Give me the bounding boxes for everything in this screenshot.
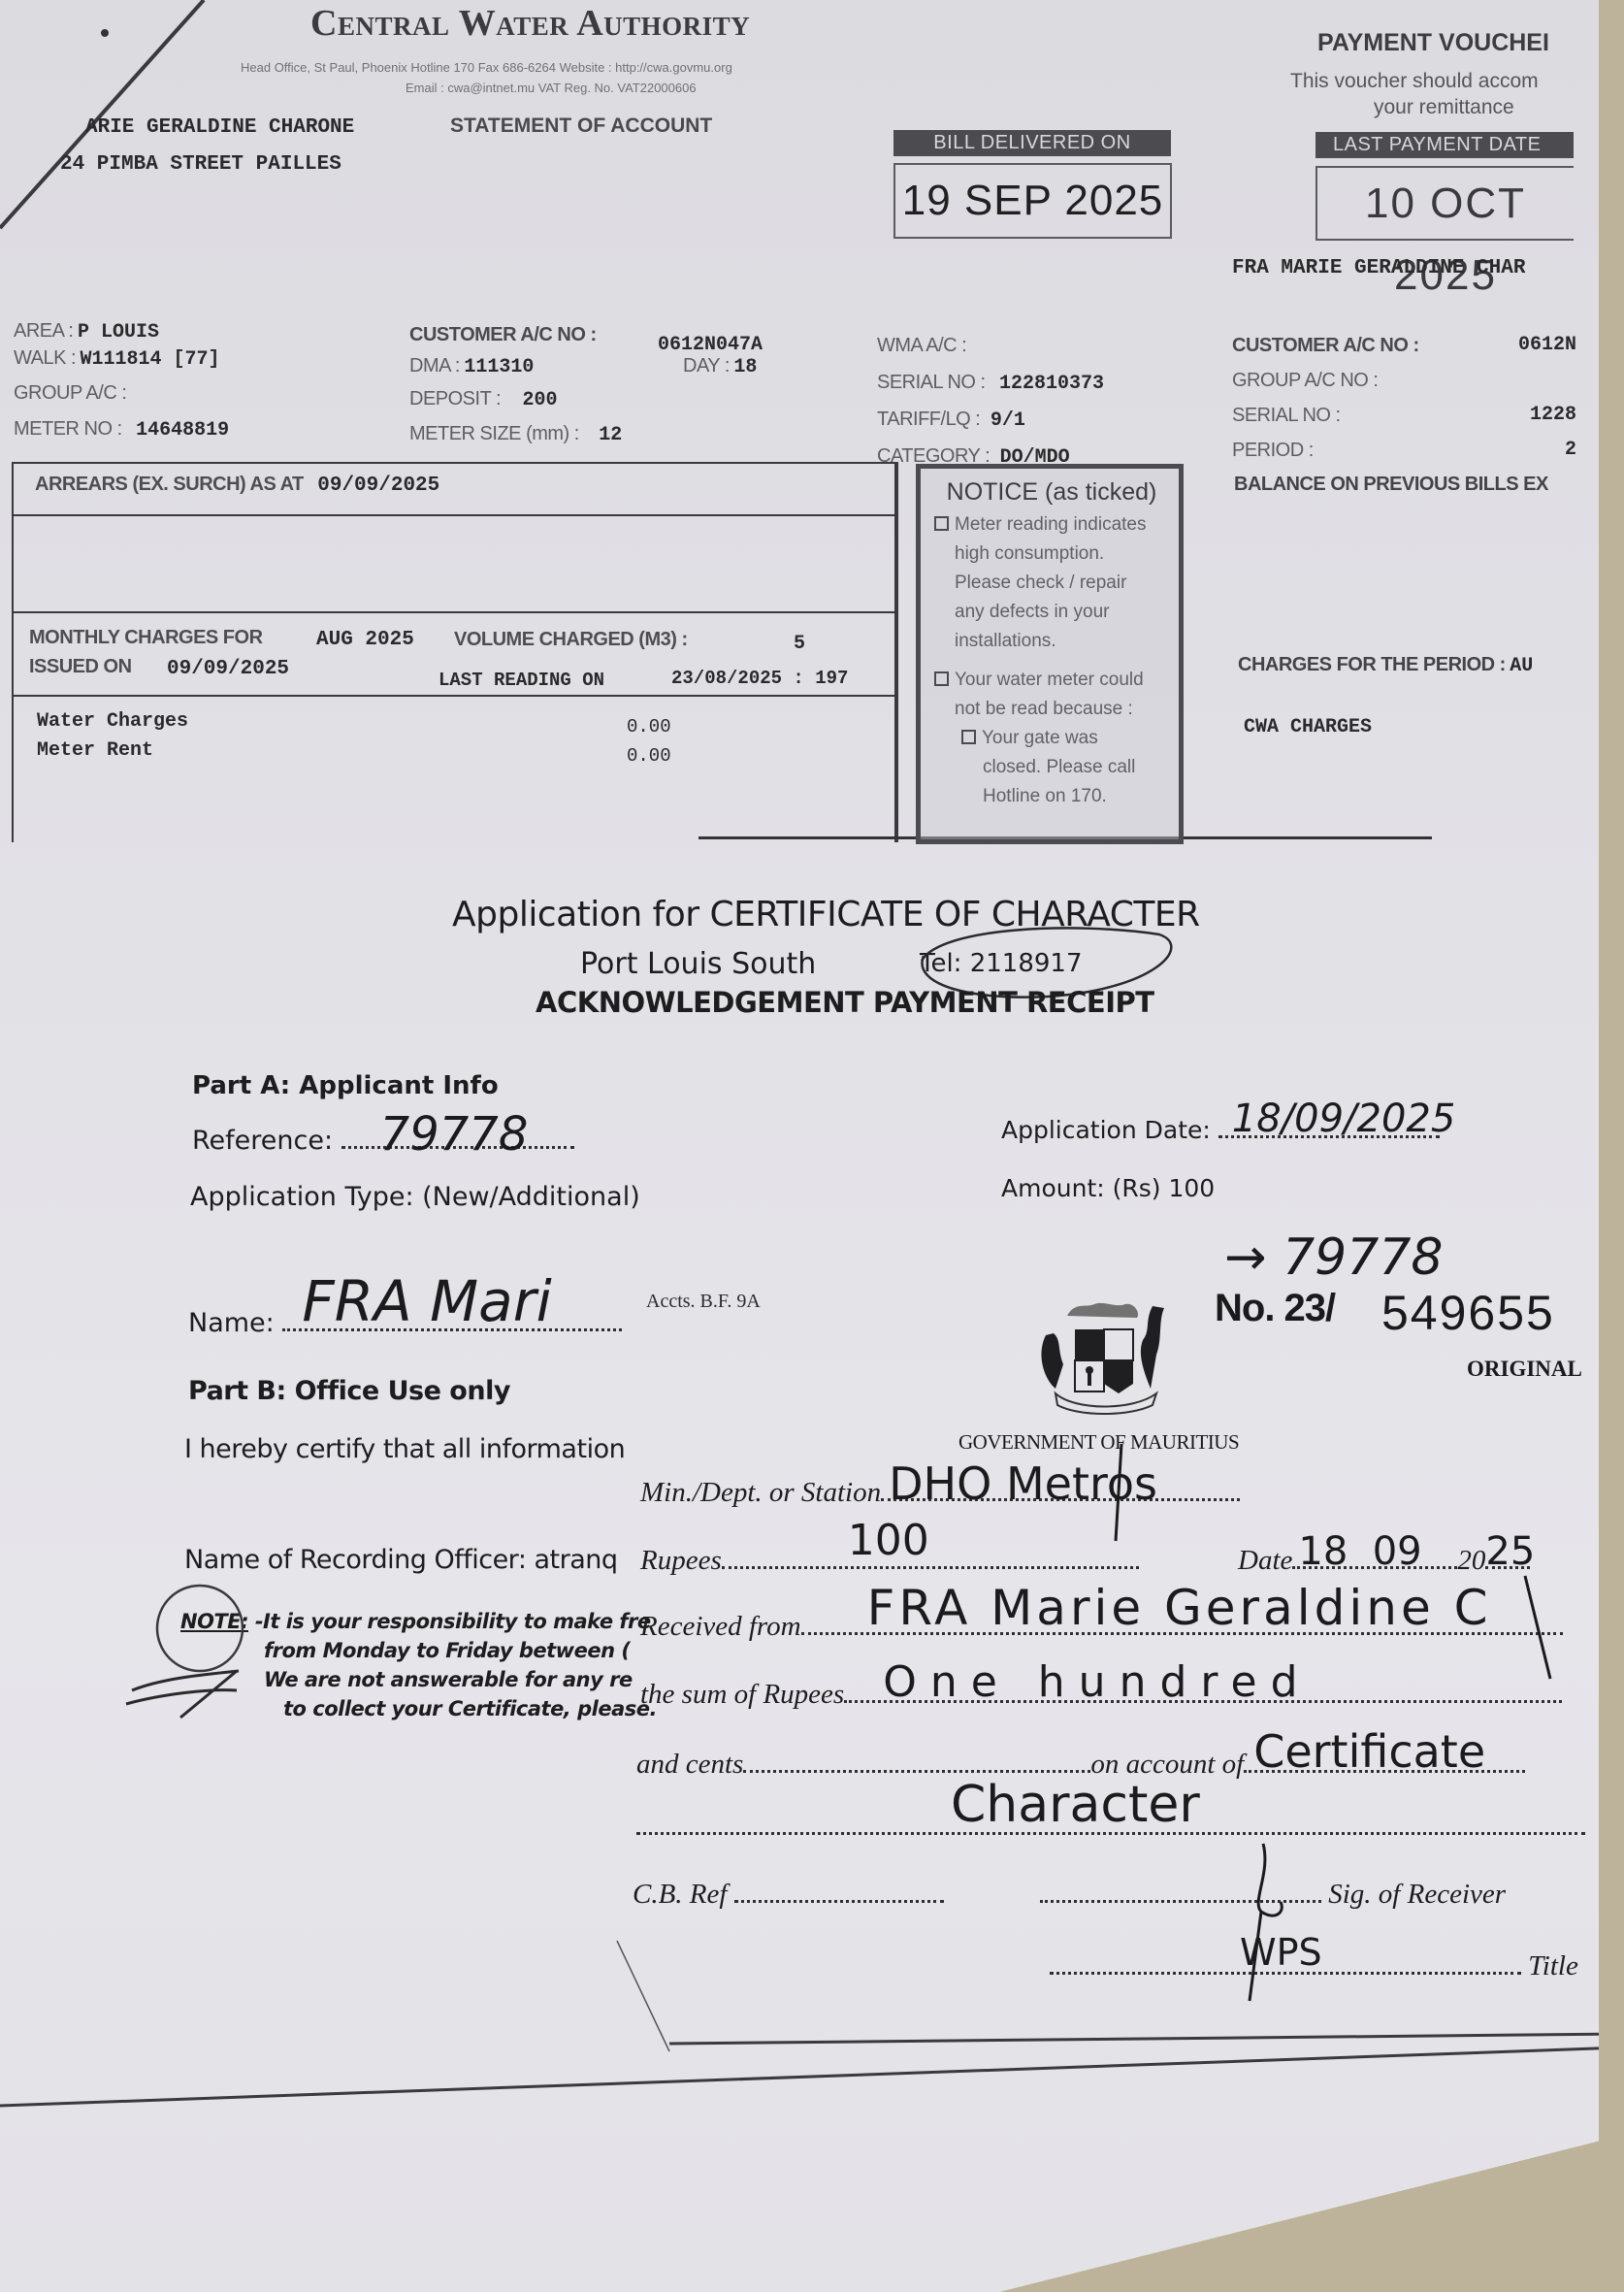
receipt-location: Port Louis South: [580, 947, 816, 981]
notice-checkbox-2[interactable]: [934, 671, 949, 686]
on-account-continued: Character: [636, 1811, 1585, 1843]
station-pen-mark: [1106, 1440, 1135, 1547]
note-pen-marks: [122, 1582, 258, 1727]
voucher-note-2: your remittance: [1374, 96, 1514, 119]
notice-checkbox-1[interactable]: [934, 516, 949, 531]
receipt-number: 549655: [1381, 1285, 1555, 1341]
coat-of-arms-icon: [1036, 1296, 1172, 1418]
received-from-value: FRA Marie Geraldine C: [867, 1580, 1492, 1636]
arrears-blank: [14, 516, 894, 613]
account-fields-left: AREA : P LOUIS WALK : W111814 [77] GROUP…: [14, 318, 229, 443]
account-fields-right: WMA A/C : SERIAL NO : 122810373 TARIFF/L…: [877, 328, 1104, 475]
monthly-charges-row: MONTHLY CHARGES FOR AUG 2025 VOLUME CHAR…: [14, 613, 894, 697]
charges-list: Water Charges 0.00 Meter Rent 0.00: [14, 697, 894, 769]
amount-label: Amount: (Rs) 100: [1001, 1174, 1215, 1202]
field-area: AREA : P LOUIS: [14, 318, 229, 345]
date-pen-mark: [1521, 1572, 1560, 1688]
date-field: Date18 092025: [1238, 1545, 1530, 1577]
on-account-value-2: Character: [951, 1776, 1200, 1834]
field-meter-no: METER NO : 14648819: [14, 416, 229, 443]
last-payment-label: LAST PAYMENT DATE: [1315, 132, 1574, 158]
charges-period-row: CHARGES FOR THE PERIOD : AU: [1238, 654, 1533, 677]
bill-delivered-value: 19 SEP 2025: [893, 163, 1172, 239]
arrears-row: ARREARS (EX. SURCH) AS AT 09/09/2025: [14, 464, 894, 516]
on-account-value: Certificate: [1253, 1725, 1485, 1778]
rupees-field: Rupees100: [640, 1545, 1139, 1577]
station-field: Min./Dept. or StationDHO Metros: [640, 1477, 1240, 1509]
notice-box: NOTICE (as ticked) Meter reading indicat…: [916, 464, 1184, 844]
statement-box: ARREARS (EX. SURCH) AS AT 09/09/2025 MON…: [12, 462, 896, 842]
notice-title: NOTICE (as ticked): [934, 478, 1169, 507]
notice-checkbox-3[interactable]: [961, 730, 976, 744]
last-payment-value: 10 OCT 2025: [1315, 166, 1574, 241]
customer-ac-value: 0612N047A: [658, 334, 763, 356]
certify-text: I hereby certify that all information: [184, 1434, 625, 1464]
name-field: Name: FRA Mari: [188, 1308, 622, 1338]
cb-ref-field: C.B. Ref: [633, 1879, 944, 1911]
balance-previous-label: BALANCE ON PREVIOUS BILLS EX: [1234, 474, 1579, 496]
voucher-fields: CUSTOMER A/C NO :0612N GROUP A/C NO : SE…: [1232, 328, 1576, 468]
charge-row: Water Charges 0.00: [14, 710, 894, 739]
field-walk: WALK : W111814 [77]: [14, 345, 229, 373]
reference-field: Reference: 79778: [192, 1126, 574, 1156]
handwritten-reference: → 79778: [1224, 1228, 1444, 1287]
authority-title: Central Water Authority: [310, 2, 750, 45]
field-group-ac: GROUP A/C :: [14, 380, 229, 408]
scanned-document: Central Water Authority Head Office, St …: [0, 0, 1599, 2292]
accts-label: Accts. B.F. 9A: [646, 1291, 761, 1313]
rupees-value: 100: [848, 1516, 929, 1565]
part-a-heading: Part A: Applicant Info: [192, 1071, 499, 1100]
received-from-field: Received fromFRA Marie Geraldine C: [640, 1611, 1563, 1643]
bill-delivered-label: BILL DELIVERED ON: [893, 130, 1171, 156]
voucher-note-1: This voucher should accom: [1290, 70, 1539, 93]
reference-value: 79778: [380, 1107, 529, 1162]
notice-item-not-read: Your water meter could not be read becau…: [934, 666, 1169, 724]
notice-item-gate-closed: Your gate was closed. Please call Hotlin…: [934, 724, 1169, 811]
tear-lines: [0, 1931, 1599, 2125]
sum-value: One hundred: [883, 1657, 1311, 1707]
sum-field: the sum of RupeesOne hundred: [640, 1679, 1562, 1711]
copy-label: ORIGINAL: [1467, 1357, 1582, 1382]
government-label: GOVERNMENT OF MAURITIUS: [958, 1430, 1239, 1455]
payment-voucher-title: PAYMENT VOUCHEI: [1317, 29, 1549, 57]
notice-item-high-consumption: Meter reading indicates high consumption…: [934, 510, 1169, 656]
part-b-heading: Part B: Office Use only: [188, 1376, 510, 1406]
name-value: FRA Mari: [302, 1268, 551, 1334]
charge-row: Meter Rent 0.00: [14, 739, 894, 769]
voucher-customer-name: FRA MARIE GERALDINE CHAR: [1232, 257, 1525, 279]
application-date-value: 18/09/2025: [1232, 1097, 1456, 1141]
account-fields-mid: CUSTOMER A/C NO :0612N047A DMA : 111310D…: [409, 324, 797, 446]
statement-title: STATEMENT OF ACCOUNT: [450, 115, 712, 138]
application-type-label: Application Type: (New/Additional): [190, 1182, 640, 1212]
head-office-line: Head Office, St Paul, Phoenix Hotline 17…: [241, 60, 732, 75]
email-line: Email : cwa@intnet.mu VAT Reg. No. VAT22…: [406, 81, 697, 95]
recording-officer: Name of Recording Officer: atranq: [184, 1545, 618, 1575]
cwa-charges-label: CWA CHARGES: [1244, 716, 1372, 738]
receipt-subtitle: ACKNOWLEDGEMENT PAYMENT RECEIPT: [536, 986, 1154, 1019]
application-date-field: Application Date: 18/09/2025: [1001, 1116, 1440, 1144]
receipt-number-prefix: No. 23/: [1215, 1287, 1335, 1330]
customer-name: ARIE GERALDINE CHARONE: [85, 116, 354, 139]
customer-address: 24 PIMBA STREET PAILLES: [60, 153, 341, 176]
